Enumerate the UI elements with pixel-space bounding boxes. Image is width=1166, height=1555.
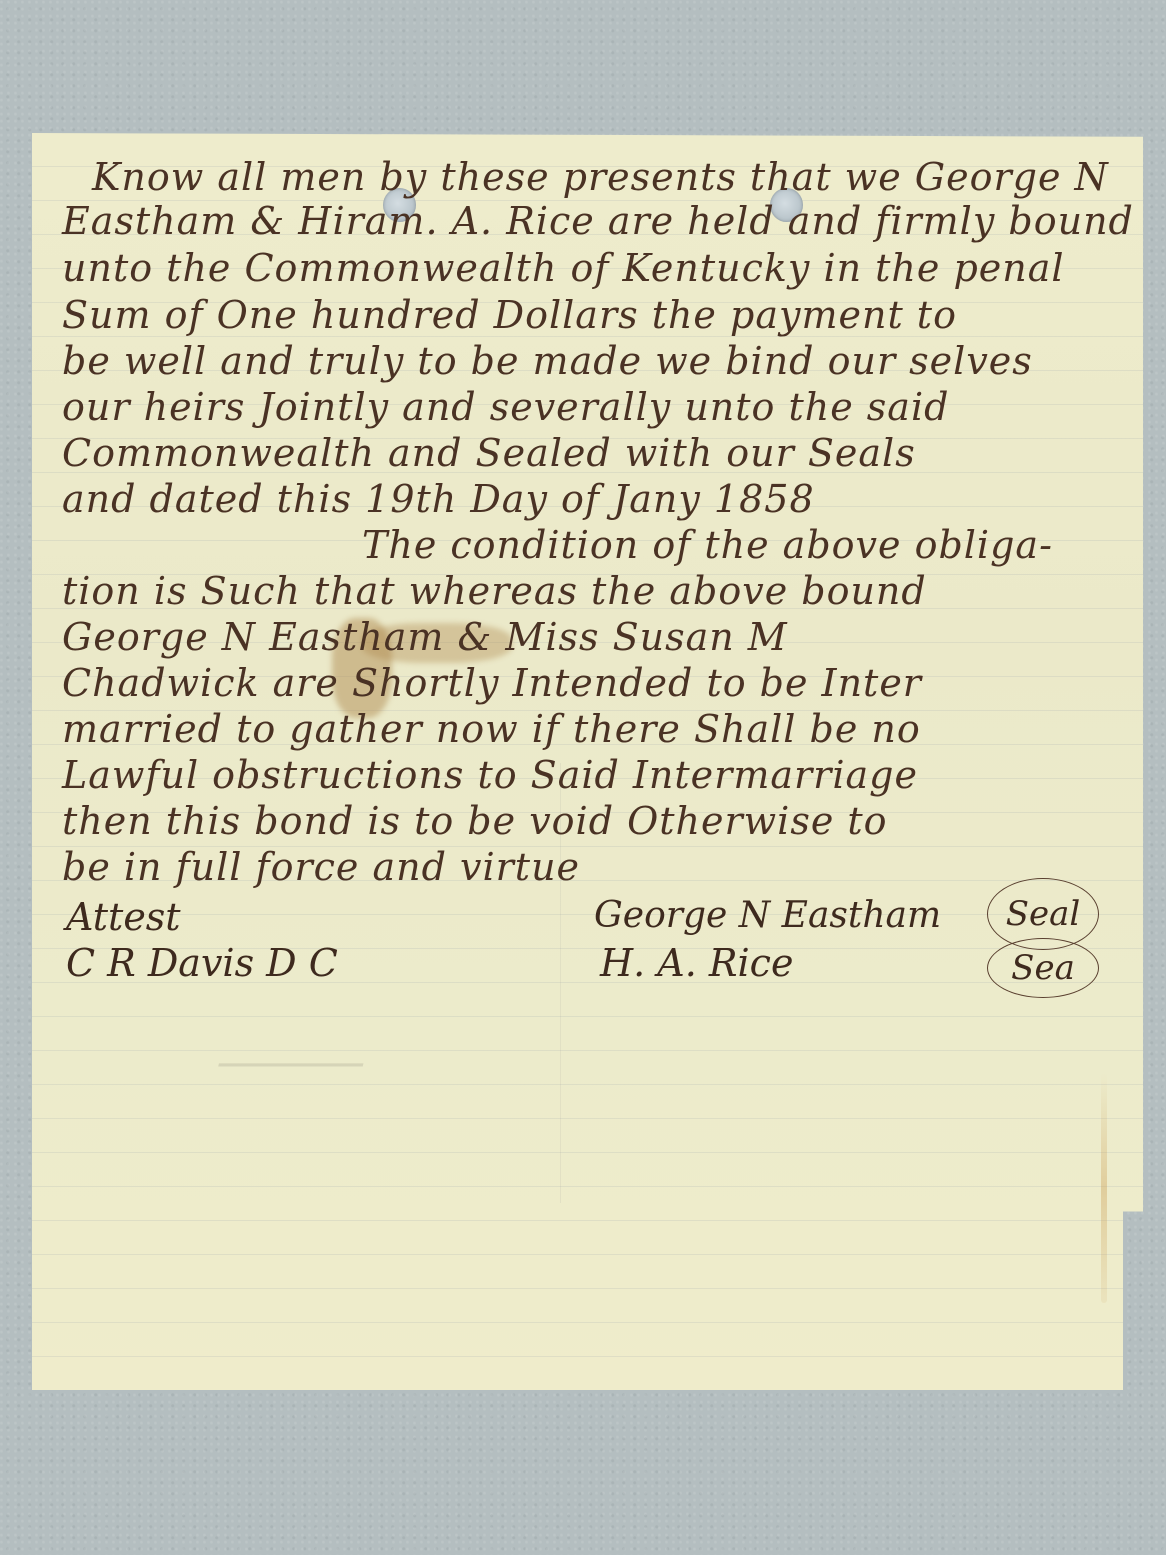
seal-rice: Sea <box>987 938 1099 998</box>
body-line-6: our heirs Jointly and severally unto the… <box>62 385 949 429</box>
witness-signature: C R Davis D C <box>66 941 338 985</box>
body-line-15: then this bond is to be void Otherwise t… <box>62 799 888 843</box>
body-line-16: be in full force and virtue <box>62 845 580 889</box>
body-line-2: Eastham & Hiram. A. Rice are held and fi… <box>62 199 1134 243</box>
body-line-14: Lawful obstructions to Said Intermarriag… <box>62 753 918 797</box>
bleed-through-marks: ⸻ <box>212 1013 362 1099</box>
body-line-8: and dated this 19th Day of Jany 1858 <box>62 477 815 521</box>
body-line-7: Commonwealth and Sealed with our Seals <box>62 431 916 475</box>
body-line-12: Chadwick are Shortly Intended to be Inte… <box>62 661 922 705</box>
body-line-4: Sum of One hundred Dollars the payment t… <box>62 293 957 337</box>
attest-label: Attest <box>66 895 181 939</box>
body-line-5: be well and truly to be made we bind our… <box>62 339 1033 383</box>
body-line-1: Know all men by these presents that we G… <box>92 155 1109 199</box>
body-line-13: married to gather now if there Shall be … <box>62 707 921 751</box>
body-line-9: The condition of the above obliga- <box>362 523 1053 567</box>
signature-eastham: George N Eastham <box>594 895 941 936</box>
body-line-11: George N Eastham & Miss Susan M <box>62 615 788 659</box>
signature-rice: H. A. Rice <box>600 941 793 985</box>
body-line-10: tion is Such that whereas the above boun… <box>62 569 927 613</box>
document-page: Know all men by these presents that we G… <box>32 133 1143 1390</box>
edge-discoloration <box>1101 1073 1107 1303</box>
body-line-3: unto the Commonwealth of Kentucky in the… <box>62 246 1065 290</box>
